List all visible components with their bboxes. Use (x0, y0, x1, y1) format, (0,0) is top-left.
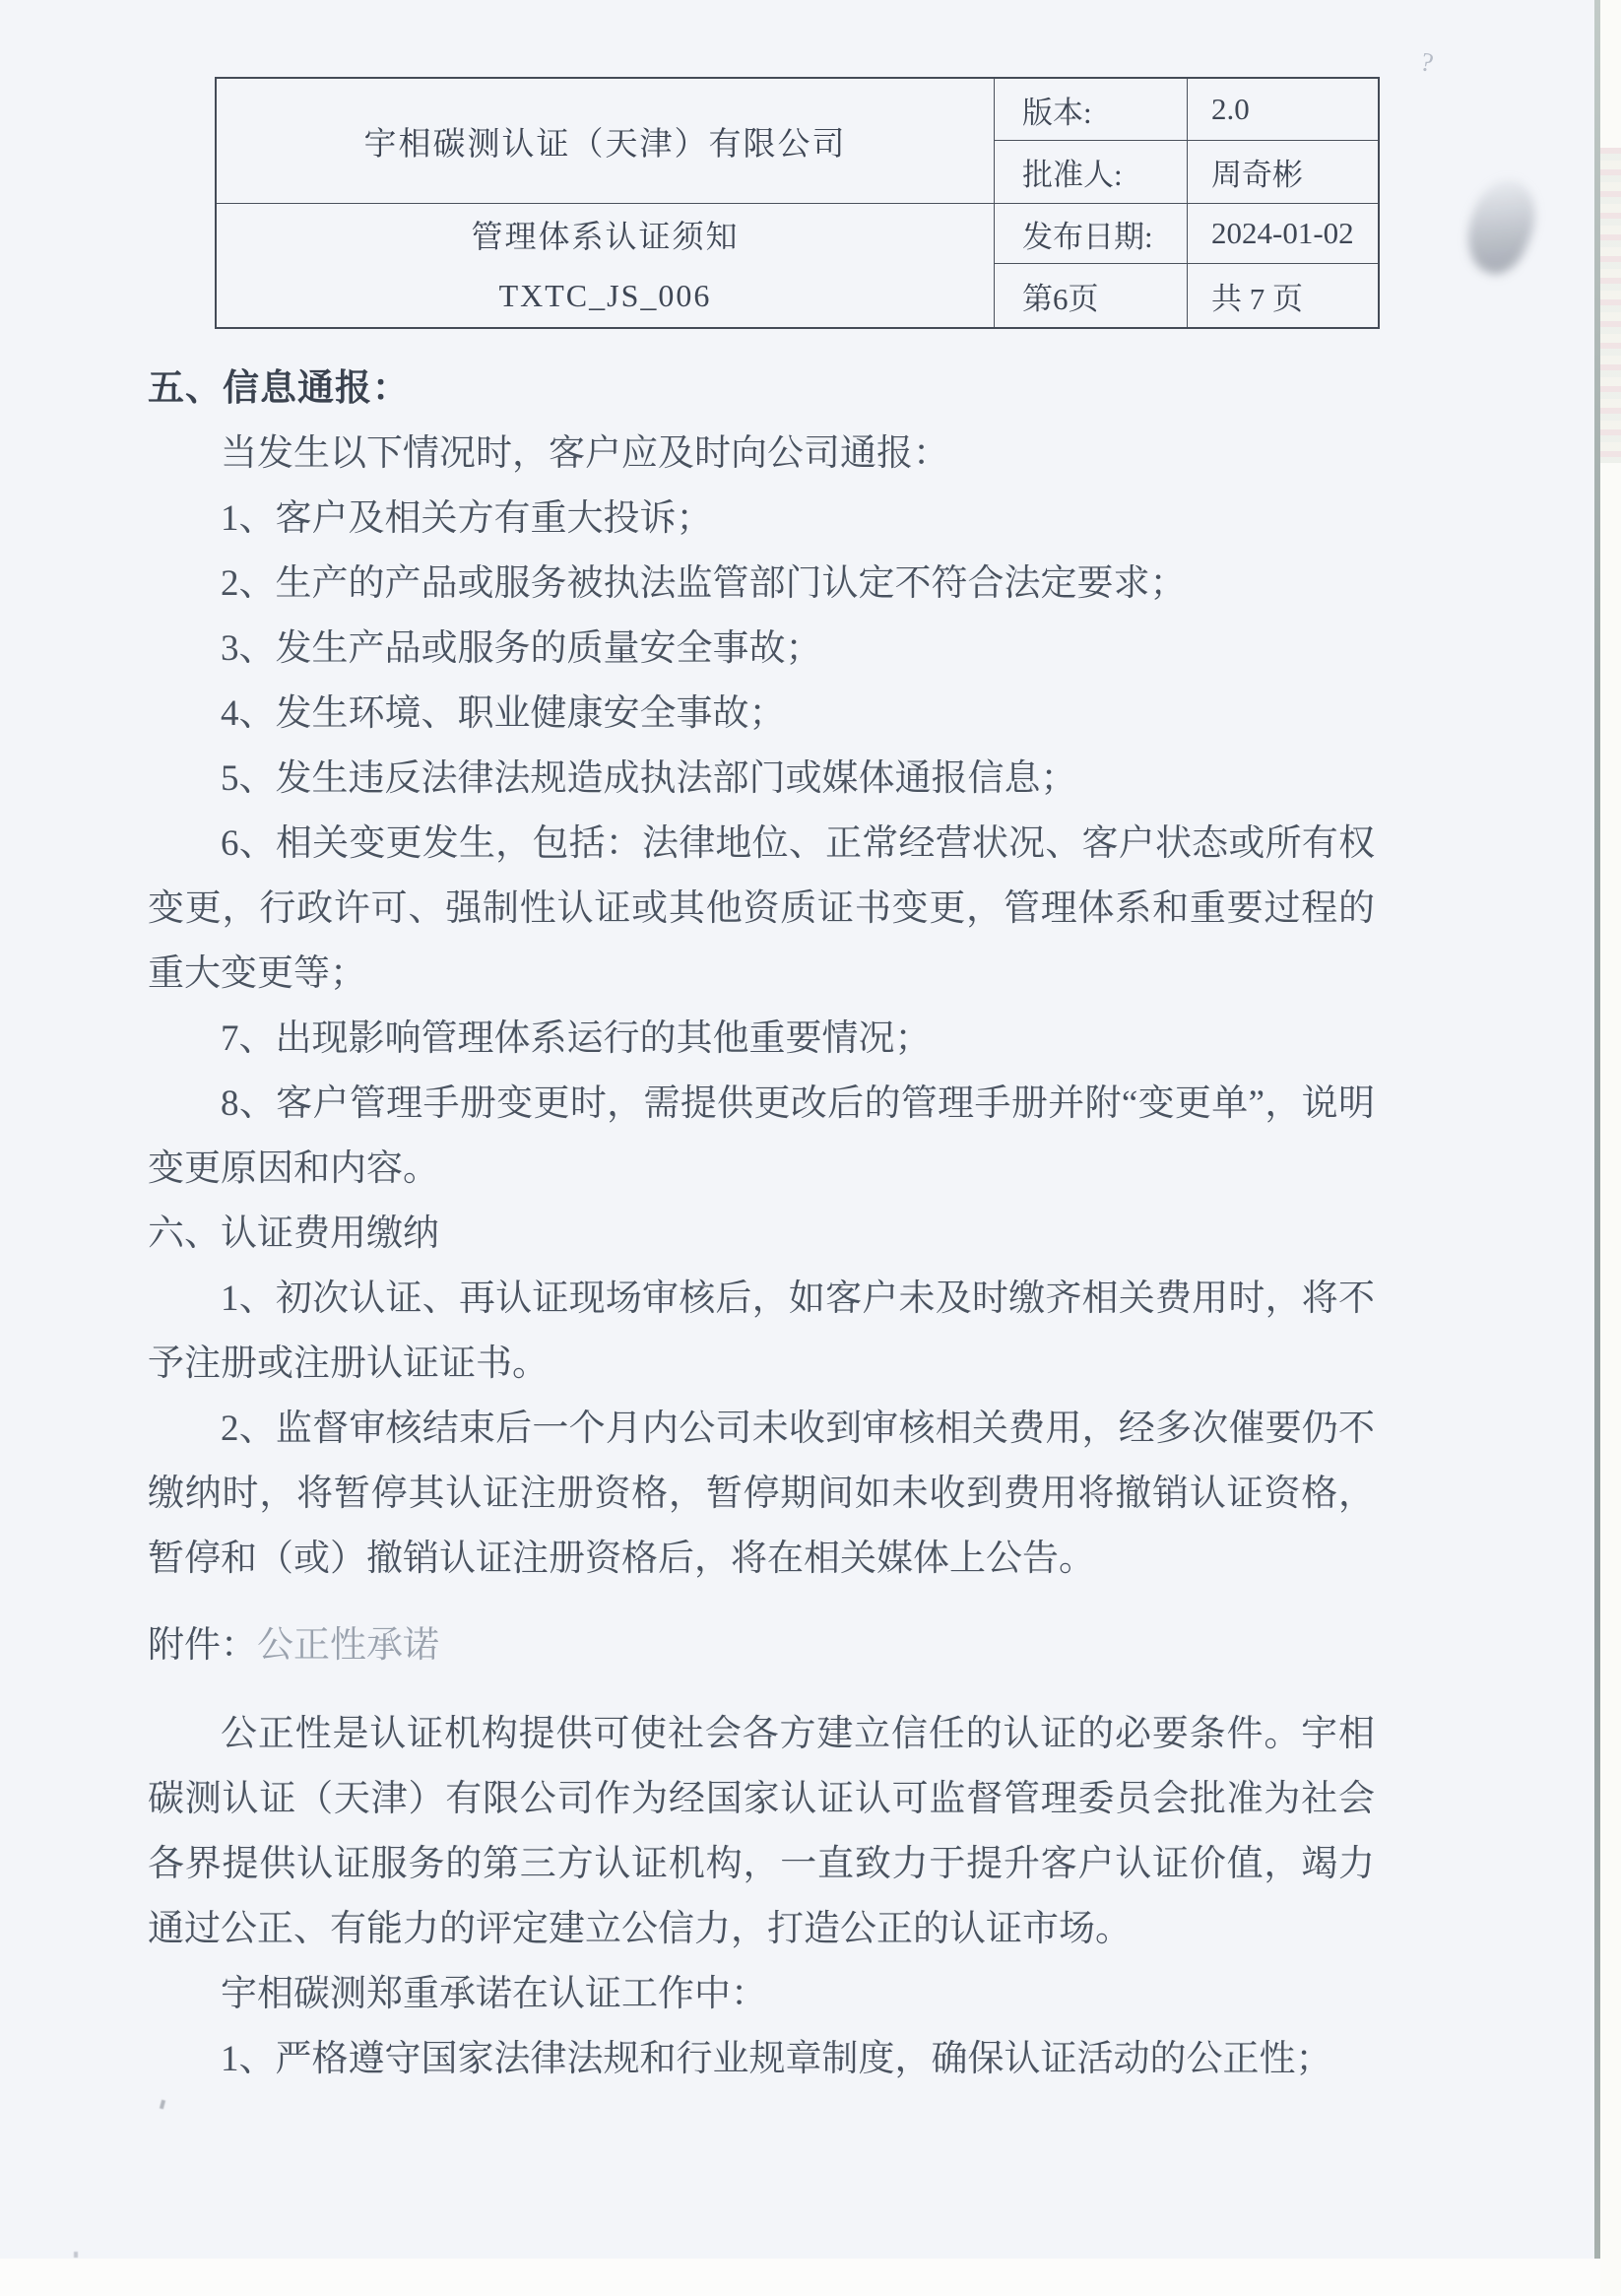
scan-bottom-margin (0, 2259, 1600, 2296)
scanned-document-page: 宇相碳测认证（天津）有限公司 版本: 2.0 批准人: 周奇彬 管理体系认证须知… (0, 0, 1621, 2296)
section5-item-8: 8、客户管理手册变更时，需提供更改后的管理手册并附“变更单”，说明变更原因和内容… (148, 1072, 1375, 1202)
section5-item-6: 6、相关变更发生，包括：法律地位、正常经营状况、客户状态或所有权变更，行政许可、… (148, 812, 1375, 1007)
scan-artifact-question-mark: ? (1418, 46, 1436, 79)
attachment-paragraph-3: 1、严格遵守国家法律法规和行业规章制度，确保认证活动的公正性； (148, 2027, 1375, 2092)
document-body: 五、信息通报： 当发生以下情况时，客户应及时向公司通报： 1、客户及相关方有重大… (148, 357, 1375, 2092)
attachment-title: 公正性承诺 (257, 1625, 439, 1666)
scan-edge-color-bands (1600, 148, 1621, 463)
doc-title-cell: 管理体系认证须知 TXTC_JS_006 (217, 204, 994, 327)
attachment-line: 附件：公正性承诺 (148, 1613, 1375, 1678)
approver-label: 批准人: (994, 141, 1187, 204)
doc-title: 管理体系认证须知 (217, 204, 994, 266)
section5-heading: 五、信息通报： (148, 357, 1375, 422)
section5-intro: 当发生以下情况时，客户应及时向公司通报： (148, 422, 1375, 487)
scan-speck-icon (160, 2100, 165, 2110)
section5-item-2: 2、生产的产品或服务被执法监管部门认定不符合法定要求； (148, 552, 1375, 617)
release-date-label: 发布日期: (994, 204, 1187, 264)
section6-item-1: 1、初次认证、再认证现场审核后，如客户未及时缴齐相关费用时，将不予注册或注册认证… (148, 1267, 1375, 1397)
document-header-table: 宇相碳测认证（天津）有限公司 版本: 2.0 批准人: 周奇彬 管理体系认证须知… (215, 77, 1380, 329)
version-label: 版本: (994, 79, 1187, 141)
page-number: 第6页 (994, 264, 1187, 327)
version-value: 2.0 (1187, 79, 1378, 141)
release-date-value: 2024-01-02 (1187, 204, 1378, 264)
approver-value: 周奇彬 (1187, 141, 1378, 204)
doc-code: TXTC_JS_006 (217, 266, 994, 328)
section5-item-3: 3、发生产品或服务的质量安全事故； (148, 617, 1375, 682)
section5-item-4: 4、发生环境、职业健康安全事故； (148, 682, 1375, 747)
section6-heading: 六、认证费用缴纳 (148, 1202, 1375, 1267)
attachment-paragraph-2: 宇相碳测郑重承诺在认证工作中： (148, 1962, 1375, 2027)
attachment-paragraph-1: 公正性是认证机构提供可使社会各方建立信任的认证的必要条件。宇相碳测认证（天津）有… (148, 1702, 1375, 1962)
scan-smudge-mark (1453, 170, 1549, 283)
section5-item-5: 5、发生违反法律法规造成执法部门或媒体通报信息； (148, 747, 1375, 812)
section6-item-2: 2、监督审核结束后一个月内公司未收到审核相关费用，经多次催要仍不缴纳时，将暂停其… (148, 1397, 1375, 1592)
section5-item-7: 7、出现影响管理体系运行的其他重要情况； (148, 1007, 1375, 1072)
attachment-label: 附件： (148, 1625, 257, 1666)
scan-speck-icon (74, 2252, 78, 2258)
company-name: 宇相碳测认证（天津）有限公司 (217, 79, 994, 204)
page-total: 共 7 页 (1187, 264, 1378, 327)
section5-item-1: 1、客户及相关方有重大投诉； (148, 487, 1375, 552)
